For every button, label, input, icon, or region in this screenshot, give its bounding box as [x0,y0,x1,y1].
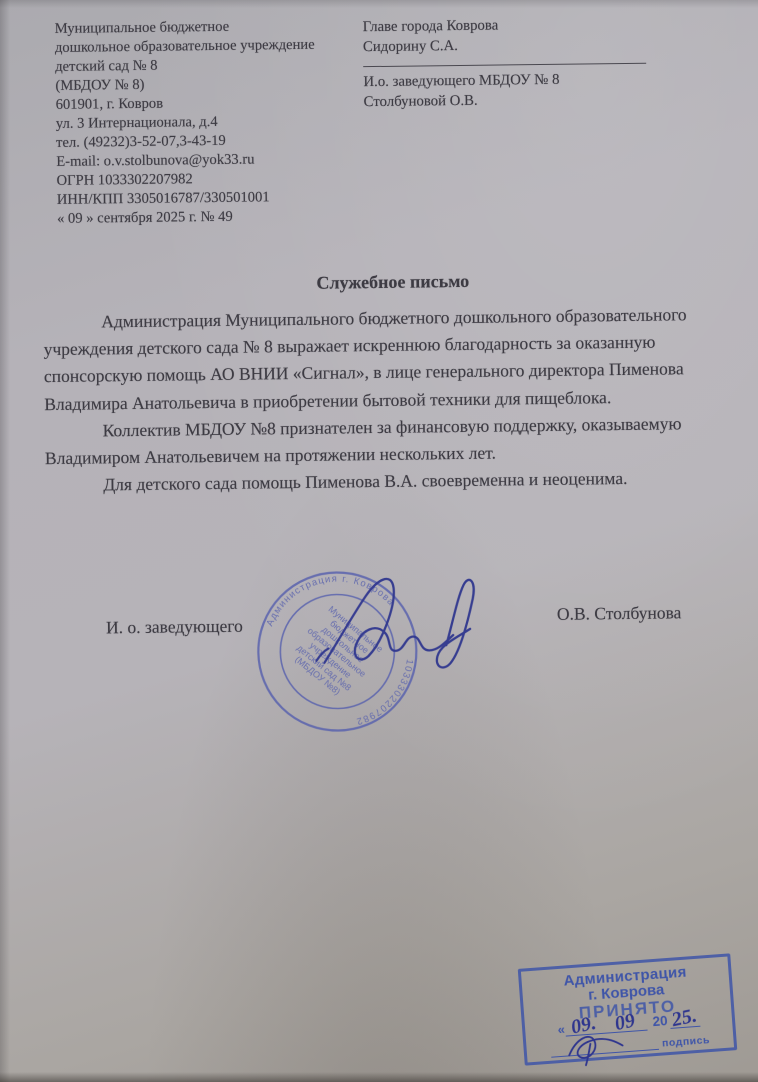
paragraph: Администрация Муниципального бюджетного … [43,301,700,418]
letter-title: Служебное письмо [53,268,733,297]
photo-edge-shadow-bottom [0,1072,758,1082]
year-slot: 25. [669,1008,700,1029]
recipient-divider [363,63,646,67]
letter-body: Администрация Муниципального бюджетного … [43,301,701,499]
handwritten-year: 25. [670,1006,698,1029]
signoff-role: И. о. заведующего [106,616,243,639]
signoff-name: О.В. Столбунова [557,602,682,625]
recipient-line: Сидорину С.А. [363,34,663,57]
recipient-block: Главе города Коврова Сидорину С.А. И.о. … [363,14,664,112]
photo-edge-shadow-left [0,0,10,1082]
sender-line: « 09 » сентября 2025 г. № 49 [57,206,377,229]
photo-edge-shadow-top [0,0,758,8]
signature-line [550,1035,659,1058]
photographed-letter: Муниципальное бюджетное дошкольное образ… [0,0,758,1082]
letter-document: Муниципальное бюджетное дошкольное образ… [0,0,758,1082]
recipient-from-line: Столбуновой О.В. [364,89,664,112]
sender-block: Муниципальное бюджетное дошкольное образ… [55,16,378,229]
signature-label: подпись [662,1034,711,1049]
handwritten-signature [293,557,499,677]
received-stamp: Администрация г. Коврова ПРИНЯТО « 09. 0… [518,953,738,1065]
received-stamp-signature [563,1029,635,1068]
paragraph: Коллектив МБДОУ №8 признателен за финанс… [44,410,701,472]
